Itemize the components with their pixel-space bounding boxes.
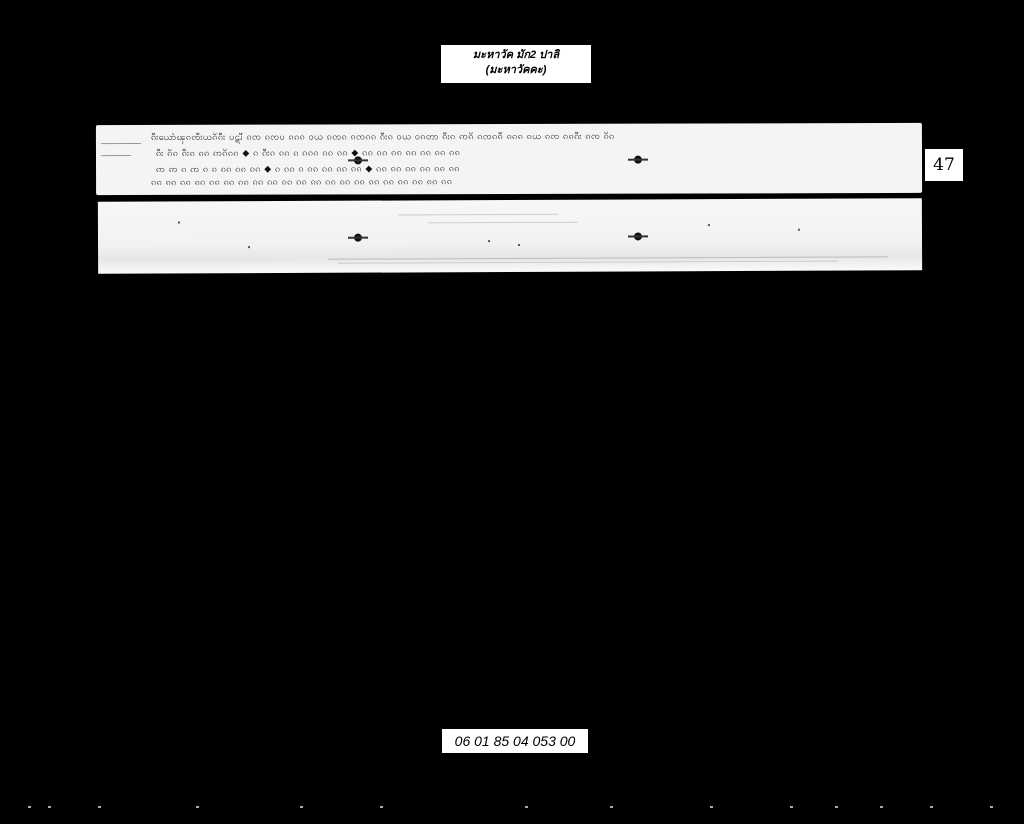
title-line-1: มะหาวัค มัก2 ปาลิ <box>441 48 591 63</box>
string-hole-left <box>354 234 362 242</box>
leaf-mark <box>101 155 131 156</box>
text-line-1: ၵီးယော်ၾၵၸီးယၵိၵီး ပဋၨိ ၵၸ ၵၸပ ၵၵၵ ၀ယ ၵၸ… <box>151 131 911 144</box>
leaf-mark <box>101 143 141 144</box>
string-hole-right <box>634 156 642 164</box>
leaf-speck <box>248 246 250 248</box>
text-line-4: ၵၵ ၵၵ ၵၵ ၵၵ ၵၵ ၵၵ ၵၵ ၵၵ ၵၵ ၵၵ ၵၵ ၵၵ ၵၵ ၵ… <box>151 176 916 189</box>
archive-id-label: 06 01 85 04 053 00 <box>442 729 588 753</box>
leaf-streak <box>328 256 888 259</box>
leaf-speck <box>178 221 180 223</box>
leaf-streak <box>338 261 838 264</box>
leaf-streak <box>398 214 558 216</box>
leaf-speck <box>798 229 800 231</box>
text-line-2: ၵီး ၵိၵ ၵီးၵ ၵၵ ၵာၵိၵၵ ◆ ၵ ၵီးၵ ၵၵ ၵ ၵၵၵ… <box>156 147 896 160</box>
leaf-speck <box>518 244 520 246</box>
palm-leaf-back <box>98 198 922 274</box>
palm-leaf-front: ၵီးယော်ၾၵၸီးယၵိၵီး ပဋၨိ ၵၸ ၵၸပ ၵၵၵ ၀ယ ၵၸ… <box>96 123 922 195</box>
manuscript-title-label: มะหาวัค มัก2 ปาลิ (มะหาวัคคะ) <box>441 45 591 83</box>
string-hole-left <box>354 156 362 164</box>
scan-edge-marks <box>0 800 1024 816</box>
string-hole-right <box>634 232 642 240</box>
text-line-3: ၵာ ၵာ ၵ ၵာ ၵ ၵ ၵၵ ၵၵ ၵၵ ◆ ၵ ၵၵ ၵ ၵၵ ၵၵ ၵ… <box>156 163 896 176</box>
page-number-label: 47 <box>925 149 963 181</box>
leaf-speck <box>708 224 710 226</box>
title-line-2: (มะหาวัคคะ) <box>441 63 591 78</box>
leaf-speck <box>488 240 490 242</box>
leaf-streak <box>428 222 578 224</box>
